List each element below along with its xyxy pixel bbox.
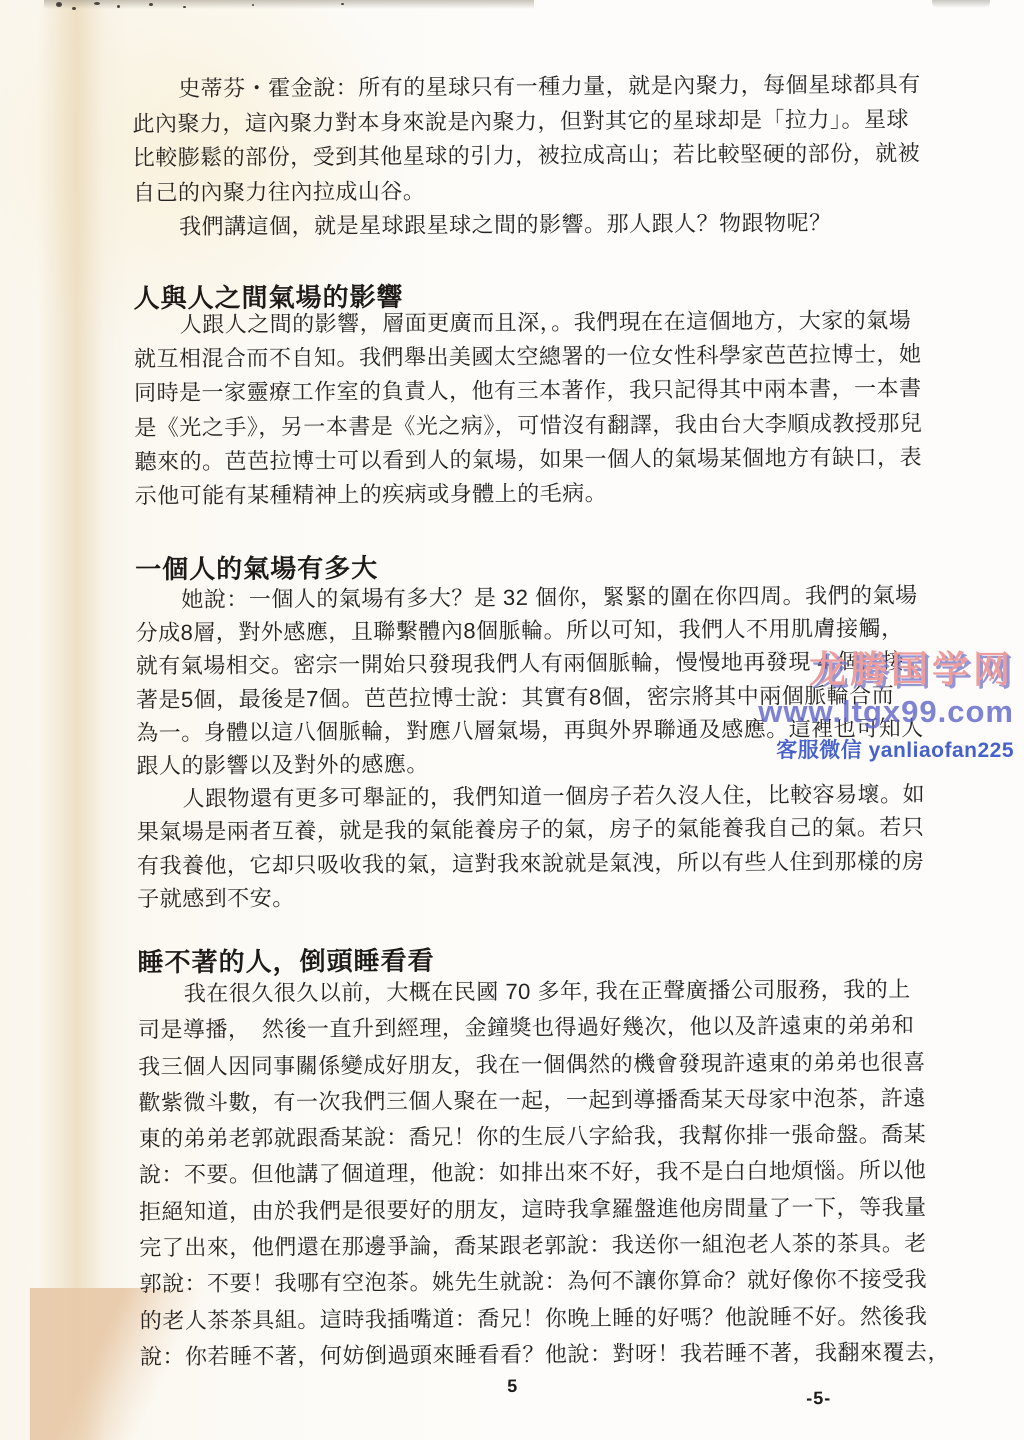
body-text-line: 分成8層，對外感應，且聯繫體內8個脈輪。所以可知，我們人不用肌膚接觸，: [135, 612, 913, 650]
body-text-line: 果氣場是兩者互養，就是我的氣能養房子的氣，房子的氣能養我自己的氣。若只: [137, 811, 915, 849]
intro-closing-paragraph: 我們講這個，就是星球跟星球之間的影響。那人跟人？物跟物呢？: [133, 206, 911, 245]
people-and-things-paragraph: 人跟物還有更多可舉証的，我們知道一個房子若久沒人住，比較容易壞。如 果氣場是兩者…: [136, 778, 915, 916]
intro-paragraph: 史蒂芬・霍金說：所有的星球只有一種力量，就是內聚力，每個星球都具有 此內聚力，這…: [132, 68, 911, 211]
body-text-line: 有我養他，它却只吸收我的氣，這對我來說就是氣洩，所以有些人住到那樣的房: [137, 844, 915, 882]
section2-paragraph: 她說：一個人的氣場有多大？是 32 個你，緊緊的圍在你四周。我們的氣場 分成8層…: [135, 579, 914, 783]
body-text-line: 我們講這個，就是星球跟星球之間的影響。那人跟人？物跟物呢？: [133, 206, 911, 245]
body-text-line: 史蒂芬・霍金說：所有的星球只有一種力量，就是內聚力，每個星球都具有: [132, 68, 910, 107]
body-text-line: 完了出來，他們還在那邊爭論，喬某跟老郭說：我送你一組泡老人茶的茶具。老: [139, 1226, 917, 1267]
body-text-line: 的老人茶茶具組。這時我插嘴道：喬兄！你晚上睡的好嗎？他說睡不好。然後我: [140, 1298, 918, 1339]
section3-paragraph: 我在很久很久以前，大概在民國 70 多年, 我在正聲廣播公司服務，我的上 司是導…: [138, 972, 918, 1376]
body-text-line: 歡紫微斗數，有一次我們三個人聚在一起，一起到導播喬某天母家中泡茶，許遠: [138, 1080, 916, 1121]
body-text-line: 我三個人因同事關係變成好朋友，我在一個偶然的機會發現許遠東的弟弟也很喜: [138, 1044, 916, 1085]
body-text-line: 人跟物還有更多可舉証的，我們知道一個房子若久沒人住，比較容易壞。如: [136, 778, 914, 816]
scanned-book-page: 史蒂芬・霍金說：所有的星球只有一種力量，就是內聚力，每個星球都具有 此內聚力，這…: [0, 0, 1024, 1440]
body-text-line: 示他可能有某種精神上的疾病或身體上的毛病。: [135, 475, 913, 514]
body-text-line: 就互相混合而不自知。我們舉出美國太空總署的一位女性科學家芭芭拉博士，她: [134, 338, 912, 377]
body-text-line: 東的弟弟老郭就跟喬某說：喬兄！你的生辰八字給我，我幫你排一張命盤。喬某: [139, 1117, 917, 1158]
body-text-line: 拒絕知道，由於我們是很要好的朋友，這時我拿羅盤進他房間量了一下，等我量: [139, 1189, 917, 1230]
body-text-line: 為一。身體以這八個脈輪，對應八層氣場，再與外界聯通及感應。這裡也可知人: [136, 711, 914, 749]
body-text-line: 她說：一個人的氣場有多大？是 32 個你，緊緊的圍在你四周。我們的氣場: [135, 579, 913, 617]
body-text-line: 司是導播， 然後一直升到經理，金鐘獎也得過好幾次，他以及許遠東的弟弟和: [138, 1008, 916, 1049]
body-text-line: 郭說：不要！我哪有空泡茶。姚先生就說：為何不讓你算命？就好像你不接受我: [139, 1262, 917, 1303]
body-text-line: 聽來的。芭芭拉博士可以看到人的氣場，如果一個人的氣場某個地方有缺口，表: [134, 440, 912, 479]
body-text-line: 比較膨鬆的部份，受到其他星球的引力，被拉成高山；若比較堅硬的部份，就被: [133, 137, 911, 176]
body-text-line: 就有氣場相交。密宗一開始只發現我們人有兩個脈輪，慢慢地再發現 4 個，接: [136, 645, 914, 683]
page-text: 史蒂芬・霍金說：所有的星球只有一種力量，就是內聚力，每個星球都具有 此內聚力，這…: [0, 0, 1024, 1440]
body-text-line: 自己的內聚力往內拉成山谷。: [133, 171, 911, 210]
body-text-line: 著是5個，最後是7個。芭芭拉博士說：其實有8個，密宗將其中兩個脈輪合而: [136, 678, 914, 716]
body-text-line: 是《光之手》，另一本書是《光之病》，可惜沒有翻譯，我由台大李順成教授那兒: [134, 406, 912, 445]
body-text-line: 同時是一家靈療工作室的負責人，他有三本著作，我只記得其中兩本書，一本書: [134, 372, 912, 411]
body-text-line: 我在很久很久以前，大概在民國 70 多年, 我在正聲廣播公司服務，我的上: [138, 972, 916, 1013]
body-text-line: 人跟人之間的影響，層面更廣而且深，。我們現在在這個地方，大家的氣場: [134, 304, 912, 343]
body-text-line: 子就感到不安。: [137, 878, 915, 916]
body-text-line: 此內聚力，這內聚力對本身來說是內聚力，但對其它的星球却是「拉力」。星球: [132, 102, 910, 141]
body-text-line: 跟人的影響以及對外的感應。: [136, 745, 914, 783]
body-text-line: 說：不要。但他講了個道理，他說：如排出來不好，我不是白白地煩惱。所以他: [139, 1153, 917, 1194]
section1-paragraph: 人跟人之間的影響，層面更廣而且深，。我們現在在這個地方，大家的氣場 就互相混合而…: [134, 304, 913, 514]
page-number-folio: -5-: [806, 1388, 831, 1409]
body-text-line: 說：你若睡不著，何妨倒過頭來睡看看？他說：對呀！我若睡不著，我翻來覆去，: [140, 1335, 918, 1376]
page-number-center: 5: [507, 1376, 517, 1397]
